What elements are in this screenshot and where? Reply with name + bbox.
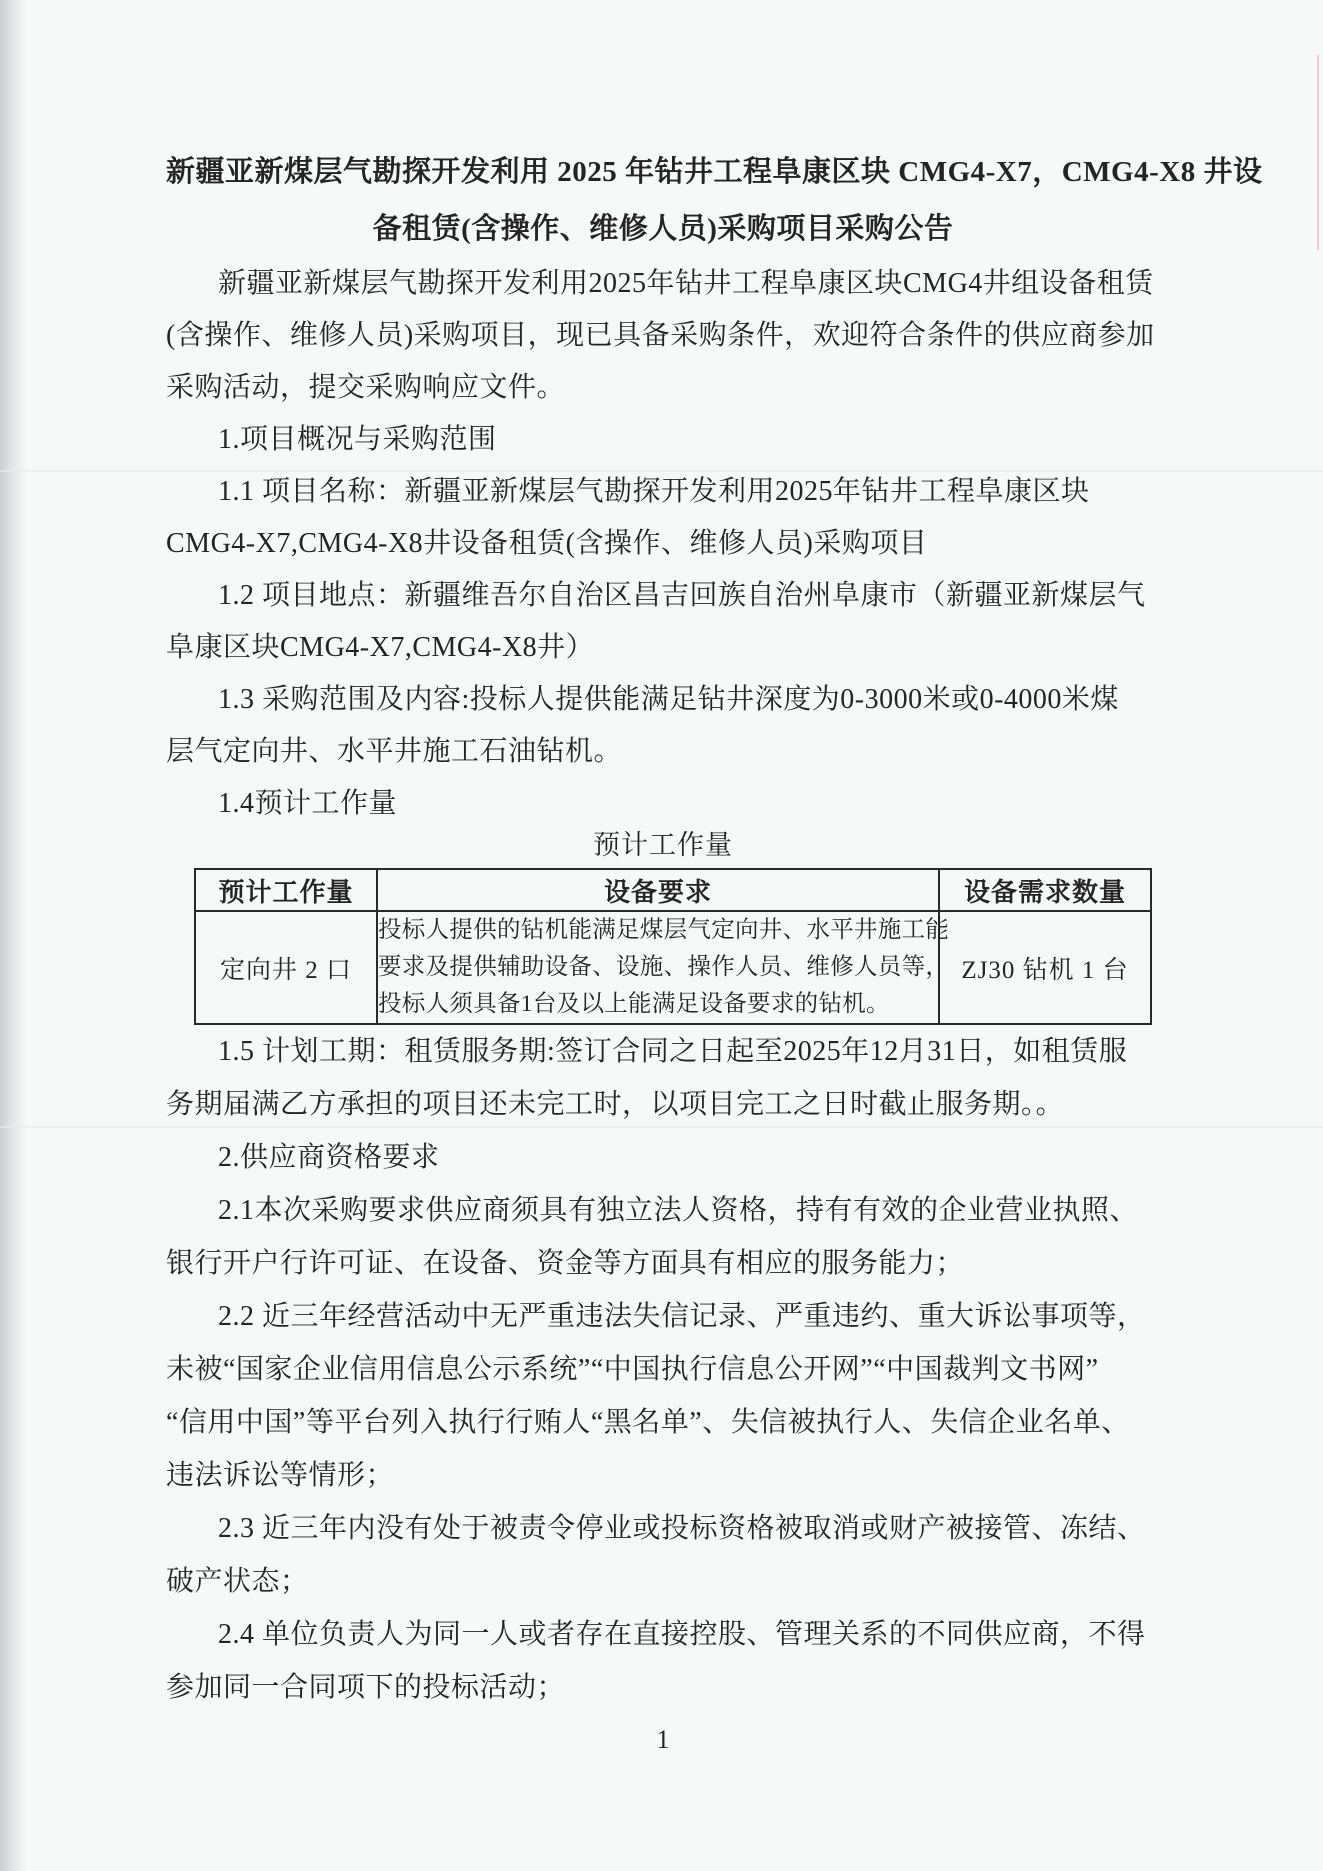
table-header-requirement: 设备要求	[377, 869, 939, 911]
table-header-workload: 预计工作量	[195, 869, 377, 911]
body-block-upper: 新疆亚新煤层气勘探开发利用2025年钻井工程阜康区块CMG4井组设备租赁 (含操…	[166, 258, 1160, 830]
section-heading: 2.供应商资格要求	[166, 1131, 1160, 1184]
body-line: 2.2 近三年经营活动中无严重违法失信记录、严重违约、重大诉讼事项等，	[166, 1290, 1160, 1343]
body-line: CMG4-X7,CMG4-X8井设备租赁(含操作、维修人员)采购项目	[166, 518, 1160, 570]
document-page: 新疆亚新煤层气勘探开发利用 2025 年钻井工程阜康区块 CMG4-X7，CMG…	[0, 0, 1323, 1871]
cell-workload: 定向井 2 口	[195, 911, 377, 1024]
cell-quantity: ZJ30 钻机 1 台	[939, 911, 1151, 1024]
page-number: 1	[166, 1714, 1160, 1766]
requirement-line: 要求及提供辅助设备、设施、操作人员、维修人员等，	[378, 949, 938, 986]
workload-table: 预计工作量 设备要求 设备需求数量 定向井 2 口 投标人提供的钻机能满足煤层气…	[194, 868, 1152, 1025]
body-line: 参加同一合同项下的投标活动；	[166, 1661, 1160, 1714]
document-content: 新疆亚新煤层气勘探开发利用 2025 年钻井工程阜康区块 CMG4-X7，CMG…	[166, 144, 1160, 1766]
title-line-1: 新疆亚新煤层气勘探开发利用 2025 年钻井工程阜康区块 CMG4-X7，CMG…	[166, 156, 1262, 188]
section-heading: 1.项目概况与采购范围	[166, 414, 1160, 466]
body-line: 1.2 项目地点：新疆维吾尔自治区昌吉回族自治州阜康市（新疆亚新煤层气	[166, 570, 1160, 622]
body-line: 1.4预计工作量	[166, 778, 1160, 830]
cell-requirement: 投标人提供的钻机能满足煤层气定向井、水平井施工能 要求及提供辅助设备、设施、操作…	[377, 911, 939, 1024]
table-row: 定向井 2 口 投标人提供的钻机能满足煤层气定向井、水平井施工能 要求及提供辅助…	[195, 911, 1151, 1024]
body-line: 务期届满乙方承担的项目还未完工时，以项目完工之日时截止服务期。。	[166, 1078, 1160, 1131]
body-line: “信用中国”等平台列入执行行贿人“黑名单”、失信被执行人、失信企业名单、	[166, 1396, 1160, 1449]
requirement-line: 投标人须具备1台及以上能满足设备要求的钻机。	[378, 986, 938, 1023]
scan-edge-shadow	[0, 0, 26, 1871]
requirement-line: 投标人提供的钻机能满足煤层气定向井、水平井施工能	[378, 912, 938, 949]
body-block-lower: 1.5 计划工期：租赁服务期:签订合同之日起至2025年12月31日，如租赁服 …	[166, 1025, 1160, 1714]
table-caption: 预计工作量	[166, 830, 1160, 860]
body-line: 新疆亚新煤层气勘探开发利用2025年钻井工程阜康区块CMG4井组设备租赁	[166, 258, 1160, 310]
body-line: 银行开户行许可证、在设备、资金等方面具有相应的服务能力；	[166, 1237, 1160, 1290]
body-line: 阜康区块CMG4-X7,CMG4-X8井）	[166, 622, 1160, 674]
title-line-2: 备租赁(含操作、维修人员)采购项目采购公告	[373, 213, 954, 245]
scan-artifact-line	[1317, 55, 1319, 250]
document-title: 新疆亚新煤层气勘探开发利用 2025 年钻井工程阜康区块 CMG4-X7，CMG…	[166, 144, 1160, 258]
table-header-row: 预计工作量 设备要求 设备需求数量	[195, 869, 1151, 911]
body-line: 违法诉讼等情形；	[166, 1449, 1160, 1502]
body-line: 2.3 近三年内没有处于被责令停业或投标资格被取消或财产被接管、冻结、	[166, 1502, 1160, 1555]
body-line: 1.5 计划工期：租赁服务期:签订合同之日起至2025年12月31日，如租赁服	[166, 1025, 1160, 1078]
body-line: 层气定向井、水平井施工石油钻机。	[166, 726, 1160, 778]
body-line: 未被“国家企业信用信息公示系统”“中国执行信息公开网”“中国裁判文书网”	[166, 1343, 1160, 1396]
body-line: 1.3 采购范围及内容:投标人提供能满足钻井深度为0-3000米或0-4000米…	[166, 674, 1160, 726]
body-line: 2.4 单位负责人为同一人或者存在直接控股、管理关系的不同供应商，不得	[166, 1608, 1160, 1661]
table-header-quantity: 设备需求数量	[939, 869, 1151, 911]
body-line: 破产状态；	[166, 1555, 1160, 1608]
body-line: 2.1本次采购要求供应商须具有独立法人资格，持有有效的企业营业执照、	[166, 1184, 1160, 1237]
body-line: 采购活动，提交采购响应文件。	[166, 362, 1160, 414]
body-line: (含操作、维修人员)采购项目，现已具备采购条件，欢迎符合条件的供应商参加	[166, 310, 1160, 362]
body-line: 1.1 项目名称：新疆亚新煤层气勘探开发利用2025年钻井工程阜康区块	[166, 466, 1160, 518]
